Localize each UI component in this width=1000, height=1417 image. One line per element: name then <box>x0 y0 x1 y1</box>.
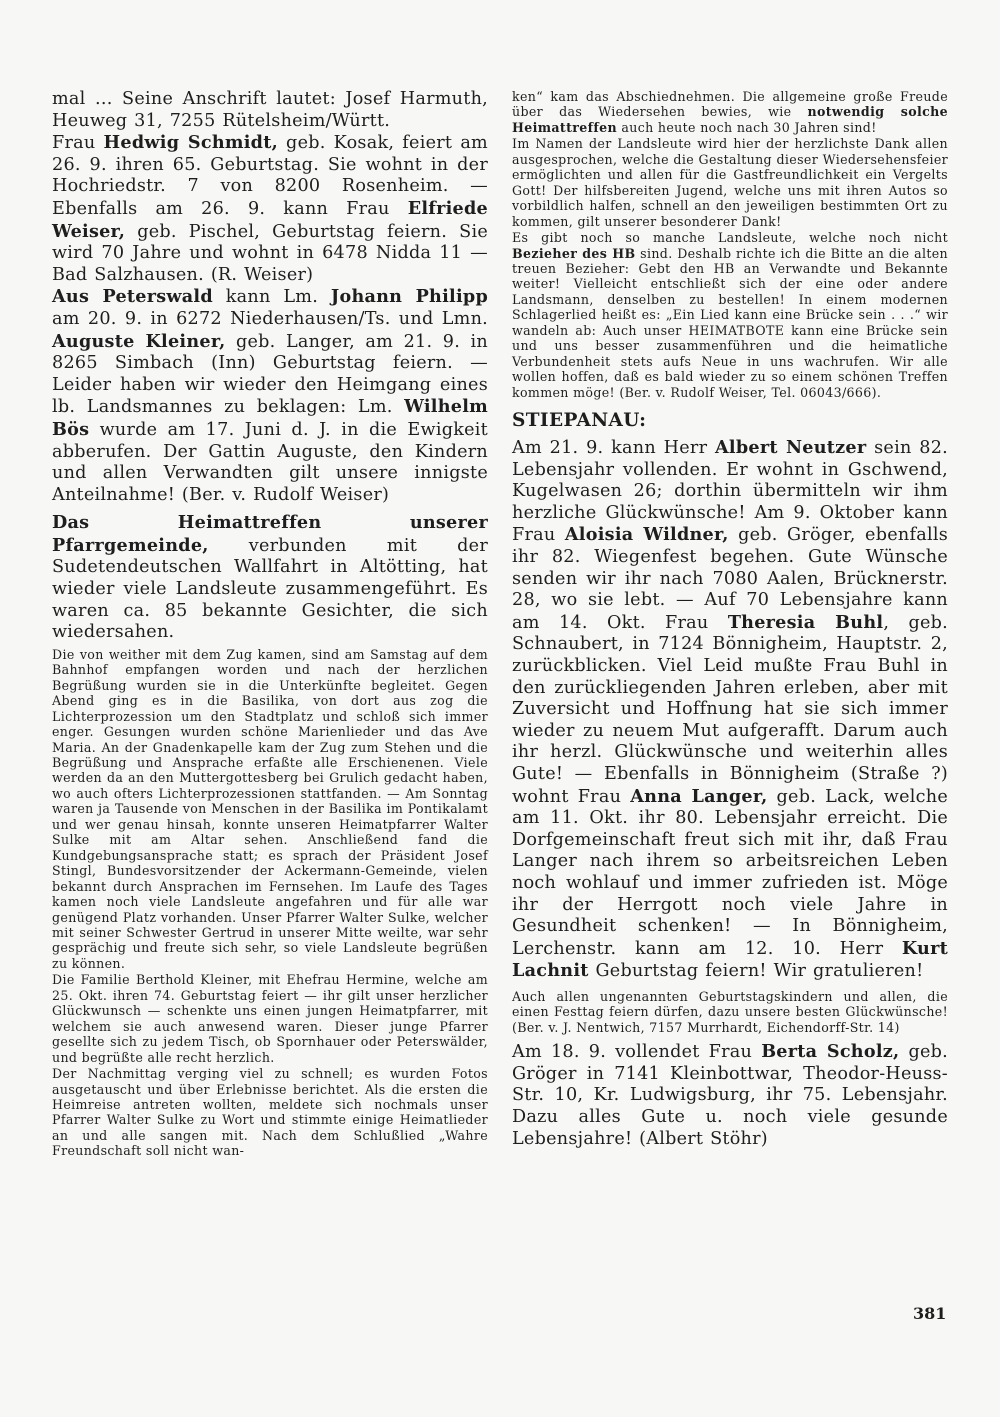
paragraph-heimattreffen-report: Die von weither mit dem Zug kamen, sind … <box>52 647 488 972</box>
person-name: Albert Neutzer <box>715 437 866 458</box>
paragraph-schmidt-weiser: Frau Hedwig Schmidt, geb. Kosak, feiert … <box>52 132 488 286</box>
text: Es gibt noch so manche Landsleute, welch… <box>512 230 948 245</box>
page-number: 381 <box>913 1304 946 1323</box>
paragraph-berta-scholz: Am 18. 9. vollendet Frau Berta Scholz, g… <box>512 1041 948 1150</box>
text: , geb. Schnaubert, in 7124 Bönnigheim, H… <box>512 613 948 807</box>
text: Geburtstag feiern! Wir gratulieren! <box>589 961 924 981</box>
text: am 20. 9. in 6272 Niederhausen/Ts. und L… <box>52 309 488 329</box>
text: Am 21. 9. kann Herr <box>512 438 715 458</box>
paragraph-harmuth-address: mal ... Seine Anschrift lautet: Josef Ha… <box>52 89 488 132</box>
section-heading-stiepanau: STIEPANAU: <box>512 410 948 431</box>
person-name: Hedwig Schmidt, <box>104 132 278 153</box>
person-name: Theresia Buhl <box>728 612 884 633</box>
paragraph-abschied: ken“ kam das Abschiednehmen. Die allgeme… <box>512 89 948 135</box>
person-name: Johann Philipp <box>331 286 488 307</box>
text: auch heute noch nach 30 Jahren sind! <box>617 120 877 135</box>
person-name: Aloisia Wildner, <box>565 524 729 545</box>
person-name: Berta Scholz, <box>761 1041 899 1062</box>
paragraph-peterswald: Aus Peterswald kann Lm. Johann Philipp a… <box>52 286 488 506</box>
text: kann Lm. <box>213 287 331 307</box>
paragraph-heimattreffen-intro: Das Heimattreffen unserer Pfarrgemeinde,… <box>52 512 488 644</box>
place-name: Aus Peterswald <box>52 286 213 307</box>
text: Frau <box>52 133 104 153</box>
right-column: ken“ kam das Abschiednehmen. Die allgeme… <box>512 89 948 1150</box>
paragraph-heimatbote-appeal: Es gibt noch so manche Landsleute, welch… <box>512 230 948 400</box>
text: sind. Deshalb richte ich die Bitte an di… <box>512 246 948 400</box>
paragraph-stiepanau-birthdays: Am 21. 9. kann Herr Albert Neutzer sein … <box>512 437 948 983</box>
paragraph-dank: Im Namen der Landsleute wird hier der he… <box>512 136 948 229</box>
text: geb. Lack, welche am 11. Okt. ihr 80. Le… <box>512 787 948 959</box>
person-name: Anna Langer, <box>630 786 767 807</box>
person-name: Auguste Kleiner, <box>52 331 225 352</box>
emphasis: Bezieher des HB <box>512 246 635 261</box>
paragraph-familie-kleiner: Die Familie Berthold Kleiner, mit Ehefra… <box>52 972 488 1065</box>
paragraph-unnamed-birthdays: Auch allen ungenannten Geburtstagskinder… <box>512 989 948 1035</box>
text: Am 18. 9. vollendet Frau <box>512 1042 761 1062</box>
text: wurde am 17. Juni d. J. in die Ewigkeit … <box>52 420 488 505</box>
paragraph-nachmittag: Der Nachmittag verging viel zu schnell; … <box>52 1066 488 1159</box>
left-column: mal ... Seine Anschrift lautet: Josef Ha… <box>52 89 488 1159</box>
